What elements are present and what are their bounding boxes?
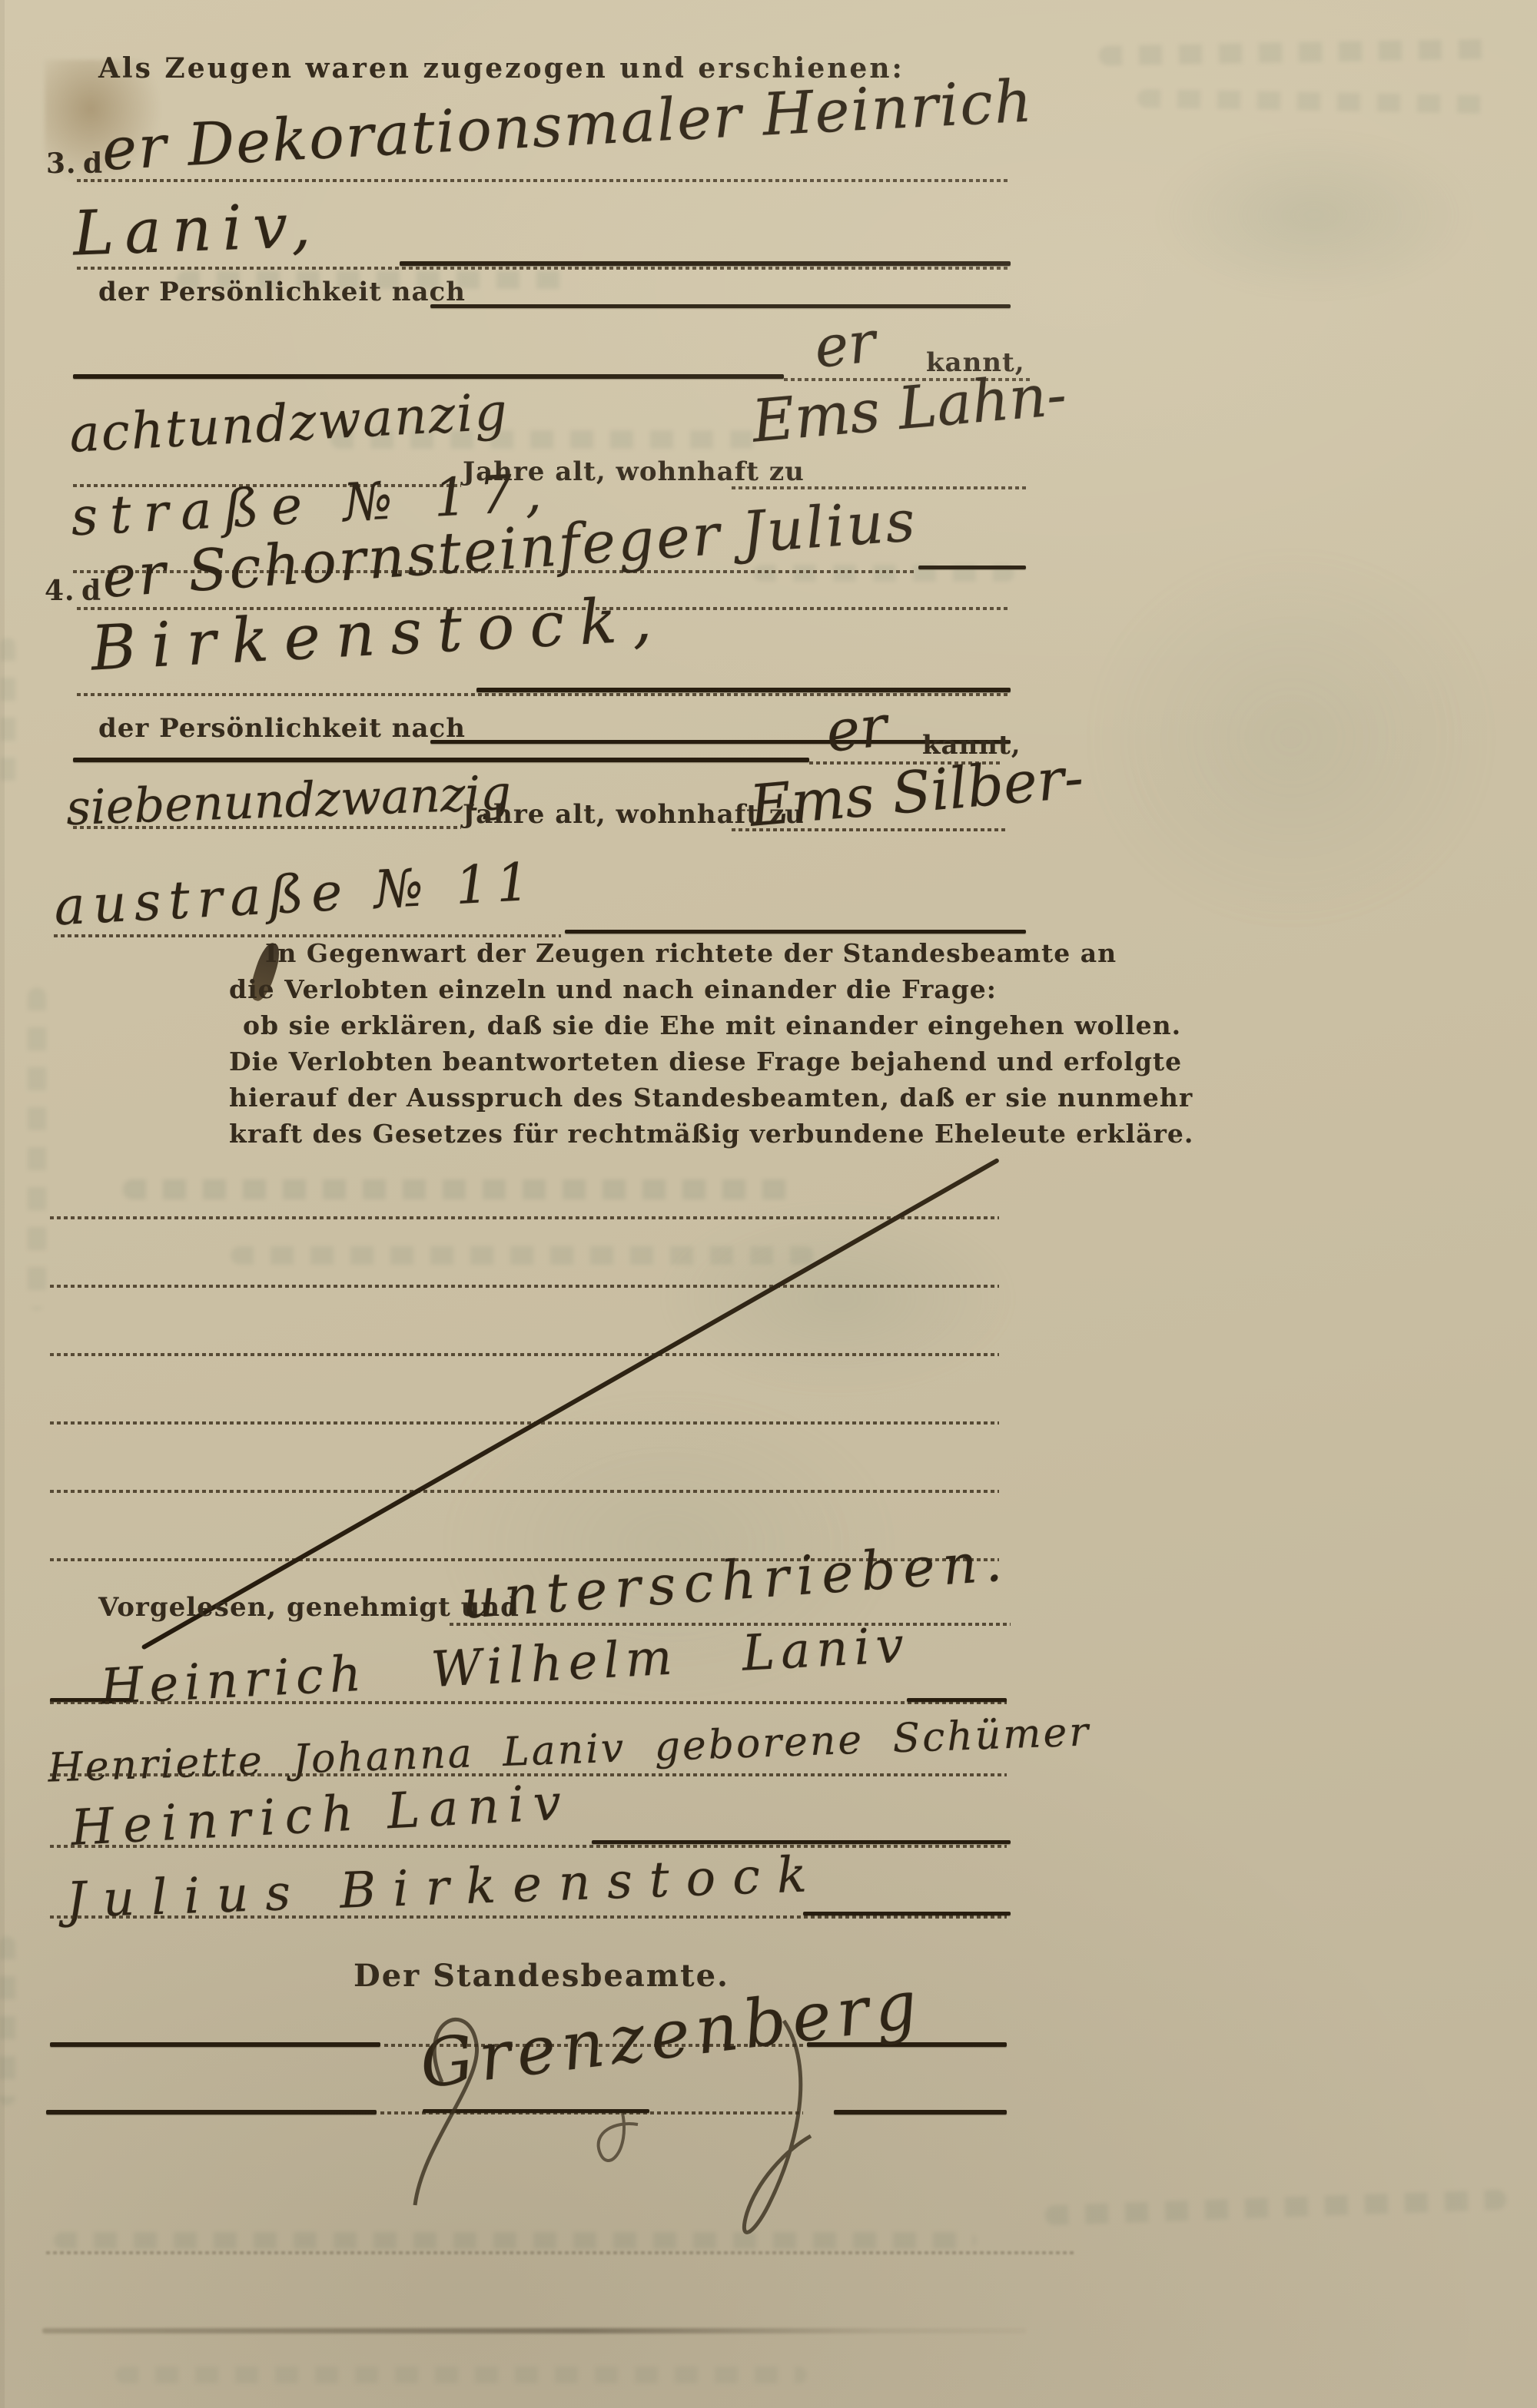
ruled-line bbox=[50, 1701, 1007, 1704]
bleed-through-mark bbox=[1137, 89, 1491, 114]
bleed-through-mark bbox=[653, 1199, 1022, 1398]
ruled-line bbox=[73, 374, 784, 379]
witness3-age-handwriting: achtundzwanzig bbox=[68, 382, 510, 464]
ruled-line bbox=[50, 1285, 999, 1288]
declaration-line: hierauf der Ausspruch des Standesbeamten… bbox=[229, 1083, 1193, 1113]
witness4-number: 4. bbox=[45, 575, 75, 607]
ruled-line bbox=[46, 2110, 377, 2114]
witness4-article-prefix: d bbox=[81, 575, 101, 607]
bleed-through-mark bbox=[1045, 2190, 1507, 2226]
closing-printed: Vorgelesen, genehmigt und bbox=[98, 1592, 520, 1623]
ruled-line bbox=[400, 261, 1011, 266]
ruled-line bbox=[73, 758, 809, 762]
bleed-through-mark bbox=[1099, 38, 1499, 65]
ruled-line bbox=[77, 267, 1011, 270]
bleed-through-mark bbox=[28, 987, 46, 1310]
ruled-line bbox=[918, 566, 1026, 569]
bleed-through-mark bbox=[54, 2232, 976, 2249]
witness4-recognized-handwriting: er bbox=[823, 693, 891, 765]
bleed-through-mark bbox=[115, 2367, 807, 2383]
ruled-line bbox=[77, 179, 1011, 182]
declaration-line: Die Verlobten beantworteten diese Frage … bbox=[229, 1046, 1182, 1076]
ruled-line bbox=[430, 304, 1011, 308]
ruled-line bbox=[450, 1623, 1011, 1626]
ruled-line bbox=[50, 1845, 1007, 1848]
ruled-line bbox=[54, 934, 561, 937]
ruled-line bbox=[50, 2042, 380, 2047]
bleed-through-mark bbox=[0, 638, 15, 791]
declaration-line: kraft des Gesetzes für rechtmäßig verbun… bbox=[229, 1119, 1193, 1149]
ruled-line bbox=[907, 1698, 1007, 1702]
witness3-identity-label: der Persönlichkeit nach bbox=[98, 277, 466, 307]
ruled-line bbox=[803, 1912, 1011, 1915]
ruled-line bbox=[476, 688, 1011, 692]
witness3-number: 3. bbox=[46, 148, 77, 180]
ruled-line bbox=[50, 1490, 999, 1493]
registrar-signature-flourish bbox=[369, 1975, 922, 2267]
witness3-residence-handwriting: Ems Lahn- bbox=[749, 360, 1069, 455]
witness3-article-prefix: d bbox=[83, 148, 103, 180]
faint-ruled-line bbox=[42, 2328, 1026, 2333]
ruled-line bbox=[50, 1421, 999, 1425]
ruled-line bbox=[50, 1216, 999, 1219]
ruled-line bbox=[732, 828, 1008, 831]
witness4-street-handwriting: austraße № 11 bbox=[52, 852, 539, 938]
ruled-line bbox=[50, 1353, 999, 1356]
declaration-line: die Verlobten einzeln und nach einander … bbox=[229, 974, 997, 1004]
registry-page: Als Zeugen waren zugezogen und erschiene… bbox=[0, 0, 1537, 2408]
ruled-line bbox=[592, 1840, 1011, 1844]
witness3-recognized-handwriting: er bbox=[812, 309, 879, 381]
ruled-line bbox=[565, 930, 1026, 934]
declaration-line: ob sie erklären, daß sie die Ehe mit ein… bbox=[243, 1010, 1181, 1040]
declaration-line: In Gegenwart der Zeugen richtete der Sta… bbox=[265, 938, 1117, 968]
faint-ruled-line bbox=[46, 2251, 1076, 2254]
bleed-through-mark bbox=[1076, 538, 1506, 937]
witness3-surname-handwriting: Laniv, bbox=[71, 189, 322, 269]
witness4-identity-label: der Persönlichkeit nach bbox=[98, 713, 466, 744]
bleed-through-mark bbox=[123, 1179, 799, 1199]
ruled-line bbox=[50, 1915, 1007, 1919]
signature-bride: Henriette Johanna Laniv geborene Schümer bbox=[47, 1709, 1091, 1791]
ruled-line bbox=[73, 826, 461, 829]
bleed-through-mark bbox=[1153, 131, 1476, 300]
ruled-line bbox=[732, 486, 1027, 489]
bleed-through-mark bbox=[0, 1936, 15, 2105]
